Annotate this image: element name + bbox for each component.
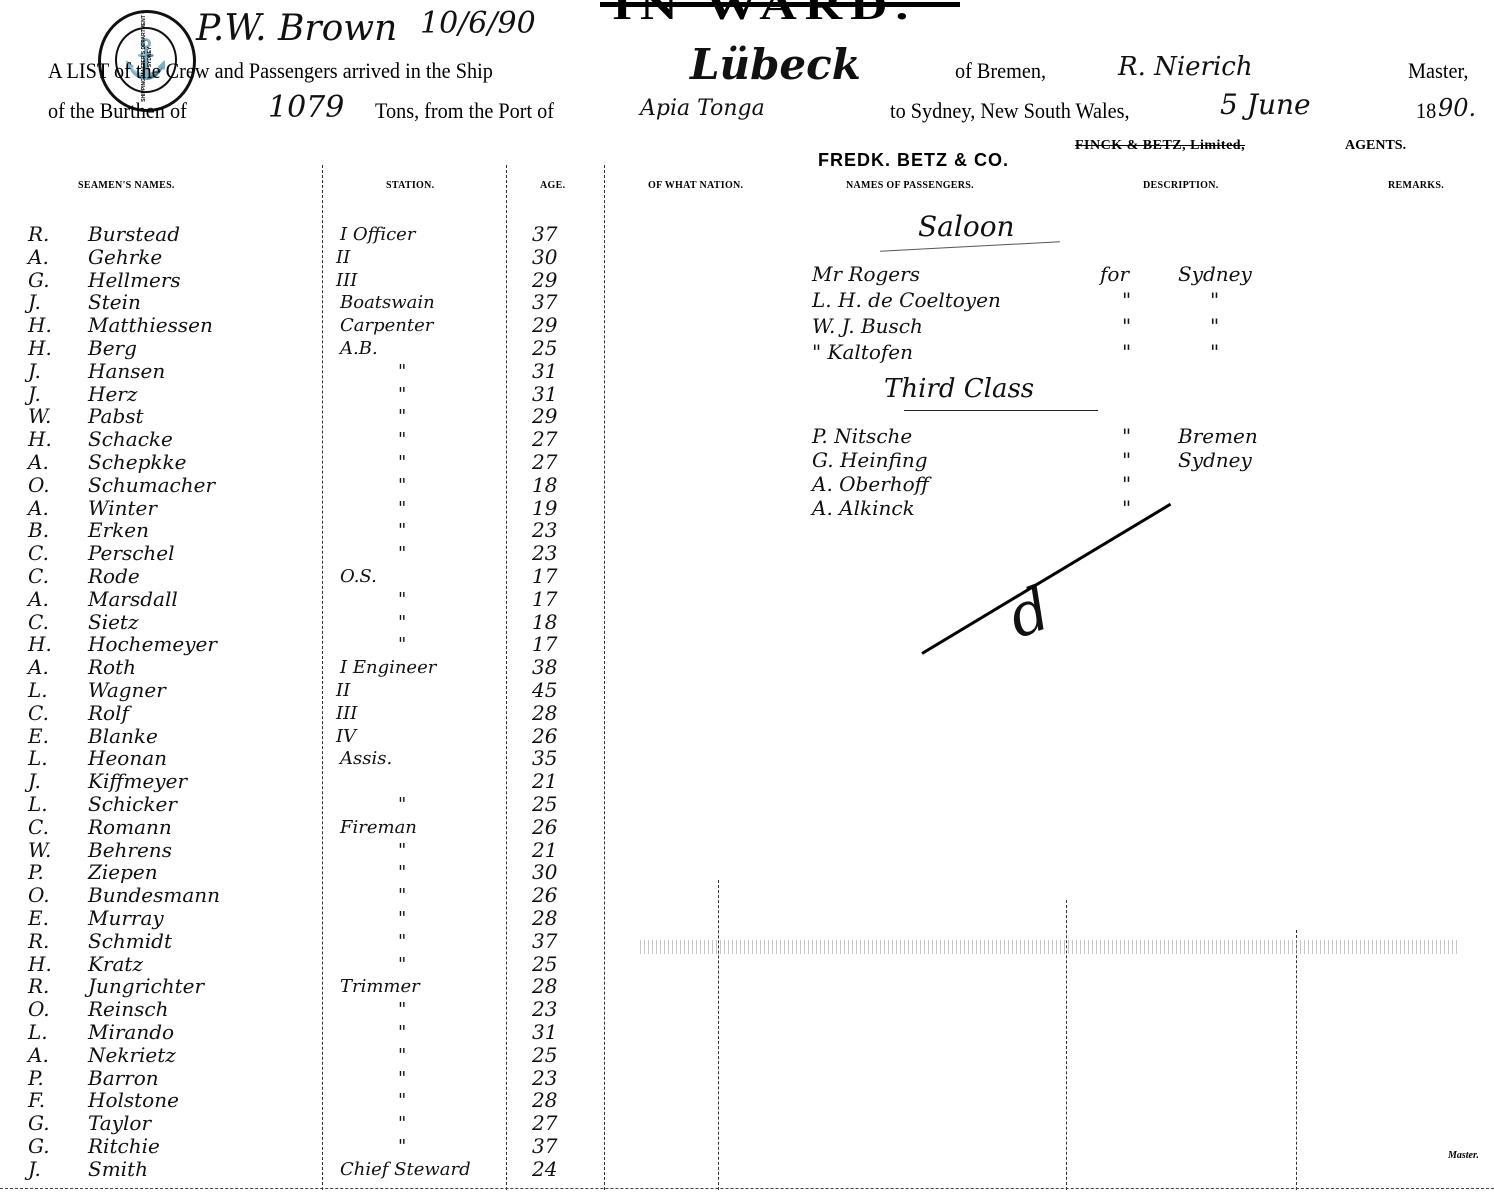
crew-initial: B. bbox=[28, 518, 88, 542]
crew-age: 30 bbox=[532, 860, 557, 884]
passenger-remarks: Bremen bbox=[1178, 424, 1258, 448]
crew-row-name: G.Ritchie bbox=[28, 1134, 160, 1158]
crew-age: 24 bbox=[532, 1157, 557, 1181]
crew-row-name: L.Heonan bbox=[28, 746, 167, 770]
crew-station: " bbox=[398, 1022, 406, 1043]
crew-row-name: H.Matthiessen bbox=[28, 313, 213, 337]
crew-age: 21 bbox=[532, 769, 557, 793]
crew-row-name: L.Mirando bbox=[28, 1020, 174, 1044]
col-age: AGE. bbox=[540, 180, 565, 191]
divider-passengers-left bbox=[718, 880, 719, 1190]
crew-row-name: L.Wagner bbox=[28, 678, 166, 702]
agents-stamp: FREDK. BETZ & CO. bbox=[818, 150, 1009, 171]
crew-age: 21 bbox=[532, 838, 557, 862]
crew-station: " bbox=[398, 498, 406, 519]
crew-age: 37 bbox=[532, 290, 557, 314]
crew-age: 19 bbox=[532, 496, 557, 520]
crew-row-name: O.Schumacher bbox=[28, 473, 215, 497]
crew-age: 31 bbox=[532, 1020, 557, 1044]
crew-station: Carpenter bbox=[340, 315, 433, 336]
crew-age: 31 bbox=[532, 382, 557, 406]
crew-initial: A. bbox=[28, 655, 88, 679]
crew-surname: Winter bbox=[88, 496, 157, 520]
crew-surname: Sietz bbox=[88, 610, 139, 634]
crew-row-name: P.Barron bbox=[28, 1066, 159, 1090]
crew-station: " bbox=[398, 543, 406, 564]
crew-station: " bbox=[398, 885, 406, 906]
crew-station: O.S. bbox=[340, 566, 377, 587]
crew-age: 25 bbox=[532, 792, 557, 816]
crew-station: Chief Steward bbox=[340, 1159, 471, 1180]
crew-initial: A. bbox=[28, 245, 88, 269]
crew-surname: Berg bbox=[88, 336, 137, 360]
crew-station: III bbox=[336, 703, 357, 724]
agents-struck-out: FINCK & BETZ, Limited, bbox=[1075, 138, 1245, 154]
crew-row-name: L.Schicker bbox=[28, 792, 177, 816]
crew-row-name: G.Hellmers bbox=[28, 268, 181, 292]
col-seamen-names: SEAMEN'S NAMES. bbox=[78, 180, 175, 191]
crew-initial: J. bbox=[28, 359, 88, 383]
crew-station: " bbox=[398, 475, 406, 496]
crew-row-name: H.Schacke bbox=[28, 427, 173, 451]
crew-age: 29 bbox=[532, 404, 557, 428]
crew-row-name: W.Pabst bbox=[28, 404, 144, 428]
crew-age: 26 bbox=[532, 883, 557, 907]
passenger-name: P. Nitsche bbox=[812, 424, 912, 448]
divider-age-left bbox=[506, 165, 507, 1190]
crew-station: " bbox=[398, 931, 406, 952]
crew-surname: Erken bbox=[88, 518, 149, 542]
crew-initial: W. bbox=[28, 838, 88, 862]
crew-row-name: H.Kratz bbox=[28, 952, 143, 976]
master-name: R. Nierich bbox=[1118, 52, 1253, 82]
crew-surname: Schepkke bbox=[88, 450, 187, 474]
crew-row-name: P.Ziepen bbox=[28, 860, 158, 884]
crew-station: " bbox=[398, 1090, 406, 1111]
crew-age: 25 bbox=[532, 1043, 557, 1067]
crew-surname: Schicker bbox=[88, 792, 177, 816]
crew-surname: Nekrietz bbox=[88, 1043, 176, 1067]
crew-surname: Matthiessen bbox=[88, 313, 213, 337]
crew-age: 37 bbox=[532, 222, 557, 246]
crew-initial: G. bbox=[28, 268, 88, 292]
crew-station: " bbox=[398, 612, 406, 633]
crew-station: " bbox=[398, 384, 406, 405]
passenger-remarks: " bbox=[1210, 288, 1219, 312]
crew-station: II bbox=[336, 247, 350, 268]
crew-initial: J. bbox=[28, 1157, 88, 1181]
crew-surname: Pabst bbox=[88, 404, 144, 428]
crew-initial: A. bbox=[28, 496, 88, 520]
crew-row-name: J.Herz bbox=[28, 382, 137, 406]
crew-surname: Murray bbox=[88, 906, 164, 930]
signature-date: 10/6/90 bbox=[420, 6, 536, 41]
crew-age: 45 bbox=[532, 678, 557, 702]
crew-initial: J. bbox=[28, 769, 88, 793]
crew-surname: Herz bbox=[88, 382, 137, 406]
crew-station: I Officer bbox=[340, 224, 415, 245]
crew-station: A.B. bbox=[340, 338, 378, 359]
ship-name: Lübeck bbox=[690, 40, 861, 89]
crew-surname: Reinsch bbox=[88, 997, 169, 1021]
crew-initial: P. bbox=[28, 860, 88, 884]
crew-station: " bbox=[398, 589, 406, 610]
crew-initial: E. bbox=[28, 906, 88, 930]
crew-row-name: E.Murray bbox=[28, 906, 164, 930]
passenger-remarks: " bbox=[1210, 314, 1219, 338]
crew-age: 18 bbox=[532, 473, 557, 497]
crew-station: " bbox=[398, 954, 406, 975]
col-passenger-names: NAMES OF PASSENGERS. bbox=[846, 180, 974, 191]
crew-initial: H. bbox=[28, 952, 88, 976]
crew-station: Assis. bbox=[340, 748, 392, 769]
crew-initial: R. bbox=[28, 929, 88, 953]
crew-initial: O. bbox=[28, 883, 88, 907]
crew-surname: Gehrke bbox=[88, 245, 162, 269]
passenger-description: " bbox=[1122, 448, 1131, 472]
crew-age: 27 bbox=[532, 450, 557, 474]
crew-surname: Blanke bbox=[88, 724, 158, 748]
crew-surname: Burstead bbox=[88, 222, 180, 246]
crew-row-name: C.Perschel bbox=[28, 541, 175, 565]
crew-surname: Marsdall bbox=[88, 587, 178, 611]
crew-age: 23 bbox=[532, 541, 557, 565]
crew-station: " bbox=[398, 1068, 406, 1089]
crew-row-name: A.Winter bbox=[28, 496, 157, 520]
crew-row-name: R.Schmidt bbox=[28, 929, 172, 953]
crew-initial: J. bbox=[28, 382, 88, 406]
crew-initial: H. bbox=[28, 313, 88, 337]
crew-station: " bbox=[398, 1136, 406, 1157]
crew-initial: W. bbox=[28, 404, 88, 428]
crew-initial: L. bbox=[28, 792, 88, 816]
crew-station: Fireman bbox=[340, 817, 417, 838]
crew-age: 28 bbox=[532, 906, 557, 930]
agents-label: AGENTS. bbox=[1345, 138, 1406, 154]
crew-initial: C. bbox=[28, 541, 88, 565]
col-remarks: REMARKS. bbox=[1388, 180, 1444, 191]
crew-initial: G. bbox=[28, 1111, 88, 1135]
crew-age: 23 bbox=[532, 518, 557, 542]
passenger-description: " bbox=[1122, 340, 1131, 364]
tons-value: 1079 bbox=[268, 90, 344, 125]
crew-initial: H. bbox=[28, 336, 88, 360]
crew-age: 25 bbox=[532, 952, 557, 976]
crew-age: 30 bbox=[532, 245, 557, 269]
crew-surname: Jungrichter bbox=[88, 974, 204, 998]
year-value: 90. bbox=[1438, 94, 1476, 122]
crew-station: " bbox=[398, 406, 406, 427]
third-class-heading: Third Class bbox=[884, 374, 1034, 404]
crew-initial: C. bbox=[28, 610, 88, 634]
crew-surname: Holstone bbox=[88, 1088, 179, 1112]
crew-surname: Kratz bbox=[88, 952, 143, 976]
crew-surname: Ritchie bbox=[88, 1134, 160, 1158]
crew-initial: O. bbox=[28, 473, 88, 497]
crew-row-name: W.Behrens bbox=[28, 838, 172, 862]
crew-station: " bbox=[398, 452, 406, 473]
crew-initial: L. bbox=[28, 678, 88, 702]
passenger-name: W. J. Busch bbox=[812, 314, 923, 338]
crew-initial: C. bbox=[28, 815, 88, 839]
passenger-description: " bbox=[1122, 424, 1131, 448]
passenger-description: " bbox=[1122, 496, 1131, 520]
crew-station: " bbox=[398, 840, 406, 861]
crew-row-name: O.Reinsch bbox=[28, 997, 169, 1021]
list-title-prefix: A LIST of the Crew and Passengers arrive… bbox=[48, 58, 493, 84]
saloon-heading: Saloon bbox=[918, 210, 1015, 243]
crew-surname: Heonan bbox=[88, 746, 167, 770]
crew-surname: Kiffmeyer bbox=[88, 769, 187, 793]
passenger-name: " Kaltofen bbox=[812, 340, 913, 364]
crew-row-name: A.Nekrietz bbox=[28, 1043, 176, 1067]
crew-initial: A. bbox=[28, 450, 88, 474]
crew-age: 27 bbox=[532, 427, 557, 451]
passenger-description: " bbox=[1122, 314, 1131, 338]
signature-top: P.W. Brown bbox=[196, 8, 397, 49]
passenger-remarks: Sydney bbox=[1178, 262, 1252, 286]
crew-initial: H. bbox=[28, 427, 88, 451]
crew-surname: Perschel bbox=[88, 541, 175, 565]
passenger-name: L. H. de Coeltoyen bbox=[812, 288, 1001, 312]
divider-nation-left bbox=[604, 165, 605, 1190]
crew-surname: Behrens bbox=[88, 838, 172, 862]
crew-row-name: C.Rolf bbox=[28, 701, 129, 725]
crew-initial: L. bbox=[28, 1020, 88, 1044]
crew-station: " bbox=[398, 794, 406, 815]
stamp-text: SHIPPING MASTER'S DEPARTMENT · SYDNEY bbox=[141, 9, 153, 105]
crew-row-name: A.Gehrke bbox=[28, 245, 162, 269]
crew-row-name: C.Sietz bbox=[28, 610, 139, 634]
col-nation: OF WHAT NATION. bbox=[648, 180, 743, 191]
crew-surname: Romann bbox=[88, 815, 172, 839]
crew-surname: Barron bbox=[88, 1066, 159, 1090]
crew-initial: F. bbox=[28, 1088, 88, 1112]
crew-age: 28 bbox=[532, 701, 557, 725]
crew-surname: Schacke bbox=[88, 427, 173, 451]
passenger-name: G. Heinfing bbox=[812, 448, 928, 472]
footer-master-label: Master. bbox=[1448, 1150, 1479, 1161]
crew-station: IV bbox=[336, 726, 356, 747]
crew-surname: Rolf bbox=[88, 701, 129, 725]
crew-row-name: R.Jungrichter bbox=[28, 974, 204, 998]
crew-row-name: A.Marsdall bbox=[28, 587, 178, 611]
crew-initial: C. bbox=[28, 701, 88, 725]
crew-initial: L. bbox=[28, 746, 88, 770]
crew-row-name: B.Erken bbox=[28, 518, 149, 542]
passenger-remarks: Sydney bbox=[1178, 448, 1252, 472]
crew-initial: G. bbox=[28, 1134, 88, 1158]
crew-row-name: O.Bundesmann bbox=[28, 883, 220, 907]
crew-initial: A. bbox=[28, 587, 88, 611]
crew-row-name: C.Rode bbox=[28, 564, 140, 588]
crew-age: 29 bbox=[532, 268, 557, 292]
crew-station: " bbox=[398, 520, 406, 541]
col-description: DESCRIPTION. bbox=[1143, 180, 1219, 191]
crew-age: 37 bbox=[532, 1134, 557, 1158]
crew-initial: O. bbox=[28, 997, 88, 1021]
crew-row-name: J.Kiffmeyer bbox=[28, 769, 187, 793]
crew-initial: P. bbox=[28, 1066, 88, 1090]
crew-age: 28 bbox=[532, 1088, 557, 1112]
crew-age: 25 bbox=[532, 336, 557, 360]
crew-surname: Schumacher bbox=[88, 473, 215, 497]
crew-station: III bbox=[336, 270, 357, 291]
crew-initial: A. bbox=[28, 1043, 88, 1067]
crew-station: " bbox=[398, 361, 406, 382]
crew-age: 35 bbox=[532, 746, 557, 770]
crew-surname: Hansen bbox=[88, 359, 165, 383]
third-class-underline bbox=[904, 410, 1098, 411]
crew-surname: Hellmers bbox=[88, 268, 181, 292]
year-prefix: 18 bbox=[1416, 98, 1436, 124]
crew-row-name: H.Hochemeyer bbox=[28, 632, 217, 656]
crew-row-name: J.Stein bbox=[28, 290, 141, 314]
crew-age: 37 bbox=[532, 929, 557, 953]
crew-station: Boatswain bbox=[340, 292, 435, 313]
crew-initial: R. bbox=[28, 974, 88, 998]
destination-label: to Sydney, New South Wales, bbox=[890, 98, 1130, 124]
crew-surname: Stein bbox=[88, 290, 141, 314]
bottom-rule bbox=[0, 1188, 1494, 1189]
crew-surname: Bundesmann bbox=[88, 883, 220, 907]
burthen-label: of the Burthen of bbox=[48, 98, 187, 124]
crew-surname: Hochemeyer bbox=[88, 632, 217, 656]
crew-station: II bbox=[336, 680, 350, 701]
crew-age: 17 bbox=[532, 587, 557, 611]
crew-age: 29 bbox=[532, 313, 557, 337]
passenger-name: A. Alkinck bbox=[812, 496, 915, 520]
crew-station: " bbox=[398, 1113, 406, 1134]
divider-remarks-left bbox=[1296, 930, 1297, 1190]
passenger-name: Mr Rogers bbox=[812, 262, 920, 286]
port-from-value: Apia Tonga bbox=[640, 96, 765, 121]
crew-surname: Schmidt bbox=[88, 929, 172, 953]
crew-age: 18 bbox=[532, 610, 557, 634]
crew-age: 28 bbox=[532, 974, 557, 998]
crew-surname: Rode bbox=[88, 564, 140, 588]
crew-row-name: G.Taylor bbox=[28, 1111, 151, 1135]
crew-row-name: A.Schepkke bbox=[28, 450, 187, 474]
crew-surname: Smith bbox=[88, 1157, 148, 1181]
crew-row-name: J.Hansen bbox=[28, 359, 165, 383]
crew-station: " bbox=[398, 634, 406, 655]
crew-station: Trimmer bbox=[340, 976, 420, 997]
crew-row-name: R.Burstead bbox=[28, 222, 180, 246]
banner-underline bbox=[600, 2, 960, 7]
crew-age: 26 bbox=[532, 815, 557, 839]
crew-age: 31 bbox=[532, 359, 557, 383]
crew-row-name: A.Roth bbox=[28, 655, 136, 679]
crew-initial: R. bbox=[28, 222, 88, 246]
crew-surname: Roth bbox=[88, 655, 136, 679]
crew-initial: J. bbox=[28, 290, 88, 314]
col-station: STATION. bbox=[386, 180, 434, 191]
crew-station: " bbox=[398, 862, 406, 883]
crew-station: " bbox=[398, 999, 406, 1020]
crew-row-name: H.Berg bbox=[28, 336, 137, 360]
crew-initial: C. bbox=[28, 564, 88, 588]
crew-surname: Ziepen bbox=[88, 860, 158, 884]
crew-age: 23 bbox=[532, 997, 557, 1021]
passenger-remarks: " bbox=[1210, 340, 1219, 364]
passenger-description: " bbox=[1122, 288, 1131, 312]
crew-station: I Engineer bbox=[340, 657, 436, 678]
divider-station-left bbox=[322, 165, 323, 1190]
crew-row-name: J.Smith bbox=[28, 1157, 148, 1181]
port-of-registry-label: of Bremen, bbox=[955, 58, 1046, 84]
crew-surname: Wagner bbox=[88, 678, 166, 702]
crew-age: 17 bbox=[532, 632, 557, 656]
arrival-date: 5 June bbox=[1220, 88, 1311, 121]
passenger-description: for bbox=[1100, 262, 1129, 286]
crew-station: " bbox=[398, 1045, 406, 1066]
crew-age: 27 bbox=[532, 1111, 557, 1135]
crew-initial: E. bbox=[28, 724, 88, 748]
tons-label: Tons, from the Port of bbox=[375, 98, 554, 124]
crew-surname: Taylor bbox=[88, 1111, 151, 1135]
crew-initial: H. bbox=[28, 632, 88, 656]
crew-station: " bbox=[398, 908, 406, 929]
crew-age: 38 bbox=[532, 655, 557, 679]
crew-row-name: E.Blanke bbox=[28, 724, 158, 748]
annotation-mark: d bbox=[999, 574, 1059, 653]
passenger-description: " bbox=[1122, 472, 1131, 496]
crew-station: " bbox=[398, 429, 406, 450]
crew-row-name: C.Romann bbox=[28, 815, 172, 839]
master-label: Master, bbox=[1408, 58, 1468, 84]
crew-surname: Mirando bbox=[88, 1020, 174, 1044]
crew-row-name: F.Holstone bbox=[28, 1088, 179, 1112]
crew-age: 17 bbox=[532, 564, 557, 588]
passenger-name: A. Oberhoff bbox=[812, 472, 929, 496]
crew-age: 23 bbox=[532, 1066, 557, 1090]
scan-noise-band bbox=[640, 940, 1460, 954]
crew-age: 26 bbox=[532, 724, 557, 748]
